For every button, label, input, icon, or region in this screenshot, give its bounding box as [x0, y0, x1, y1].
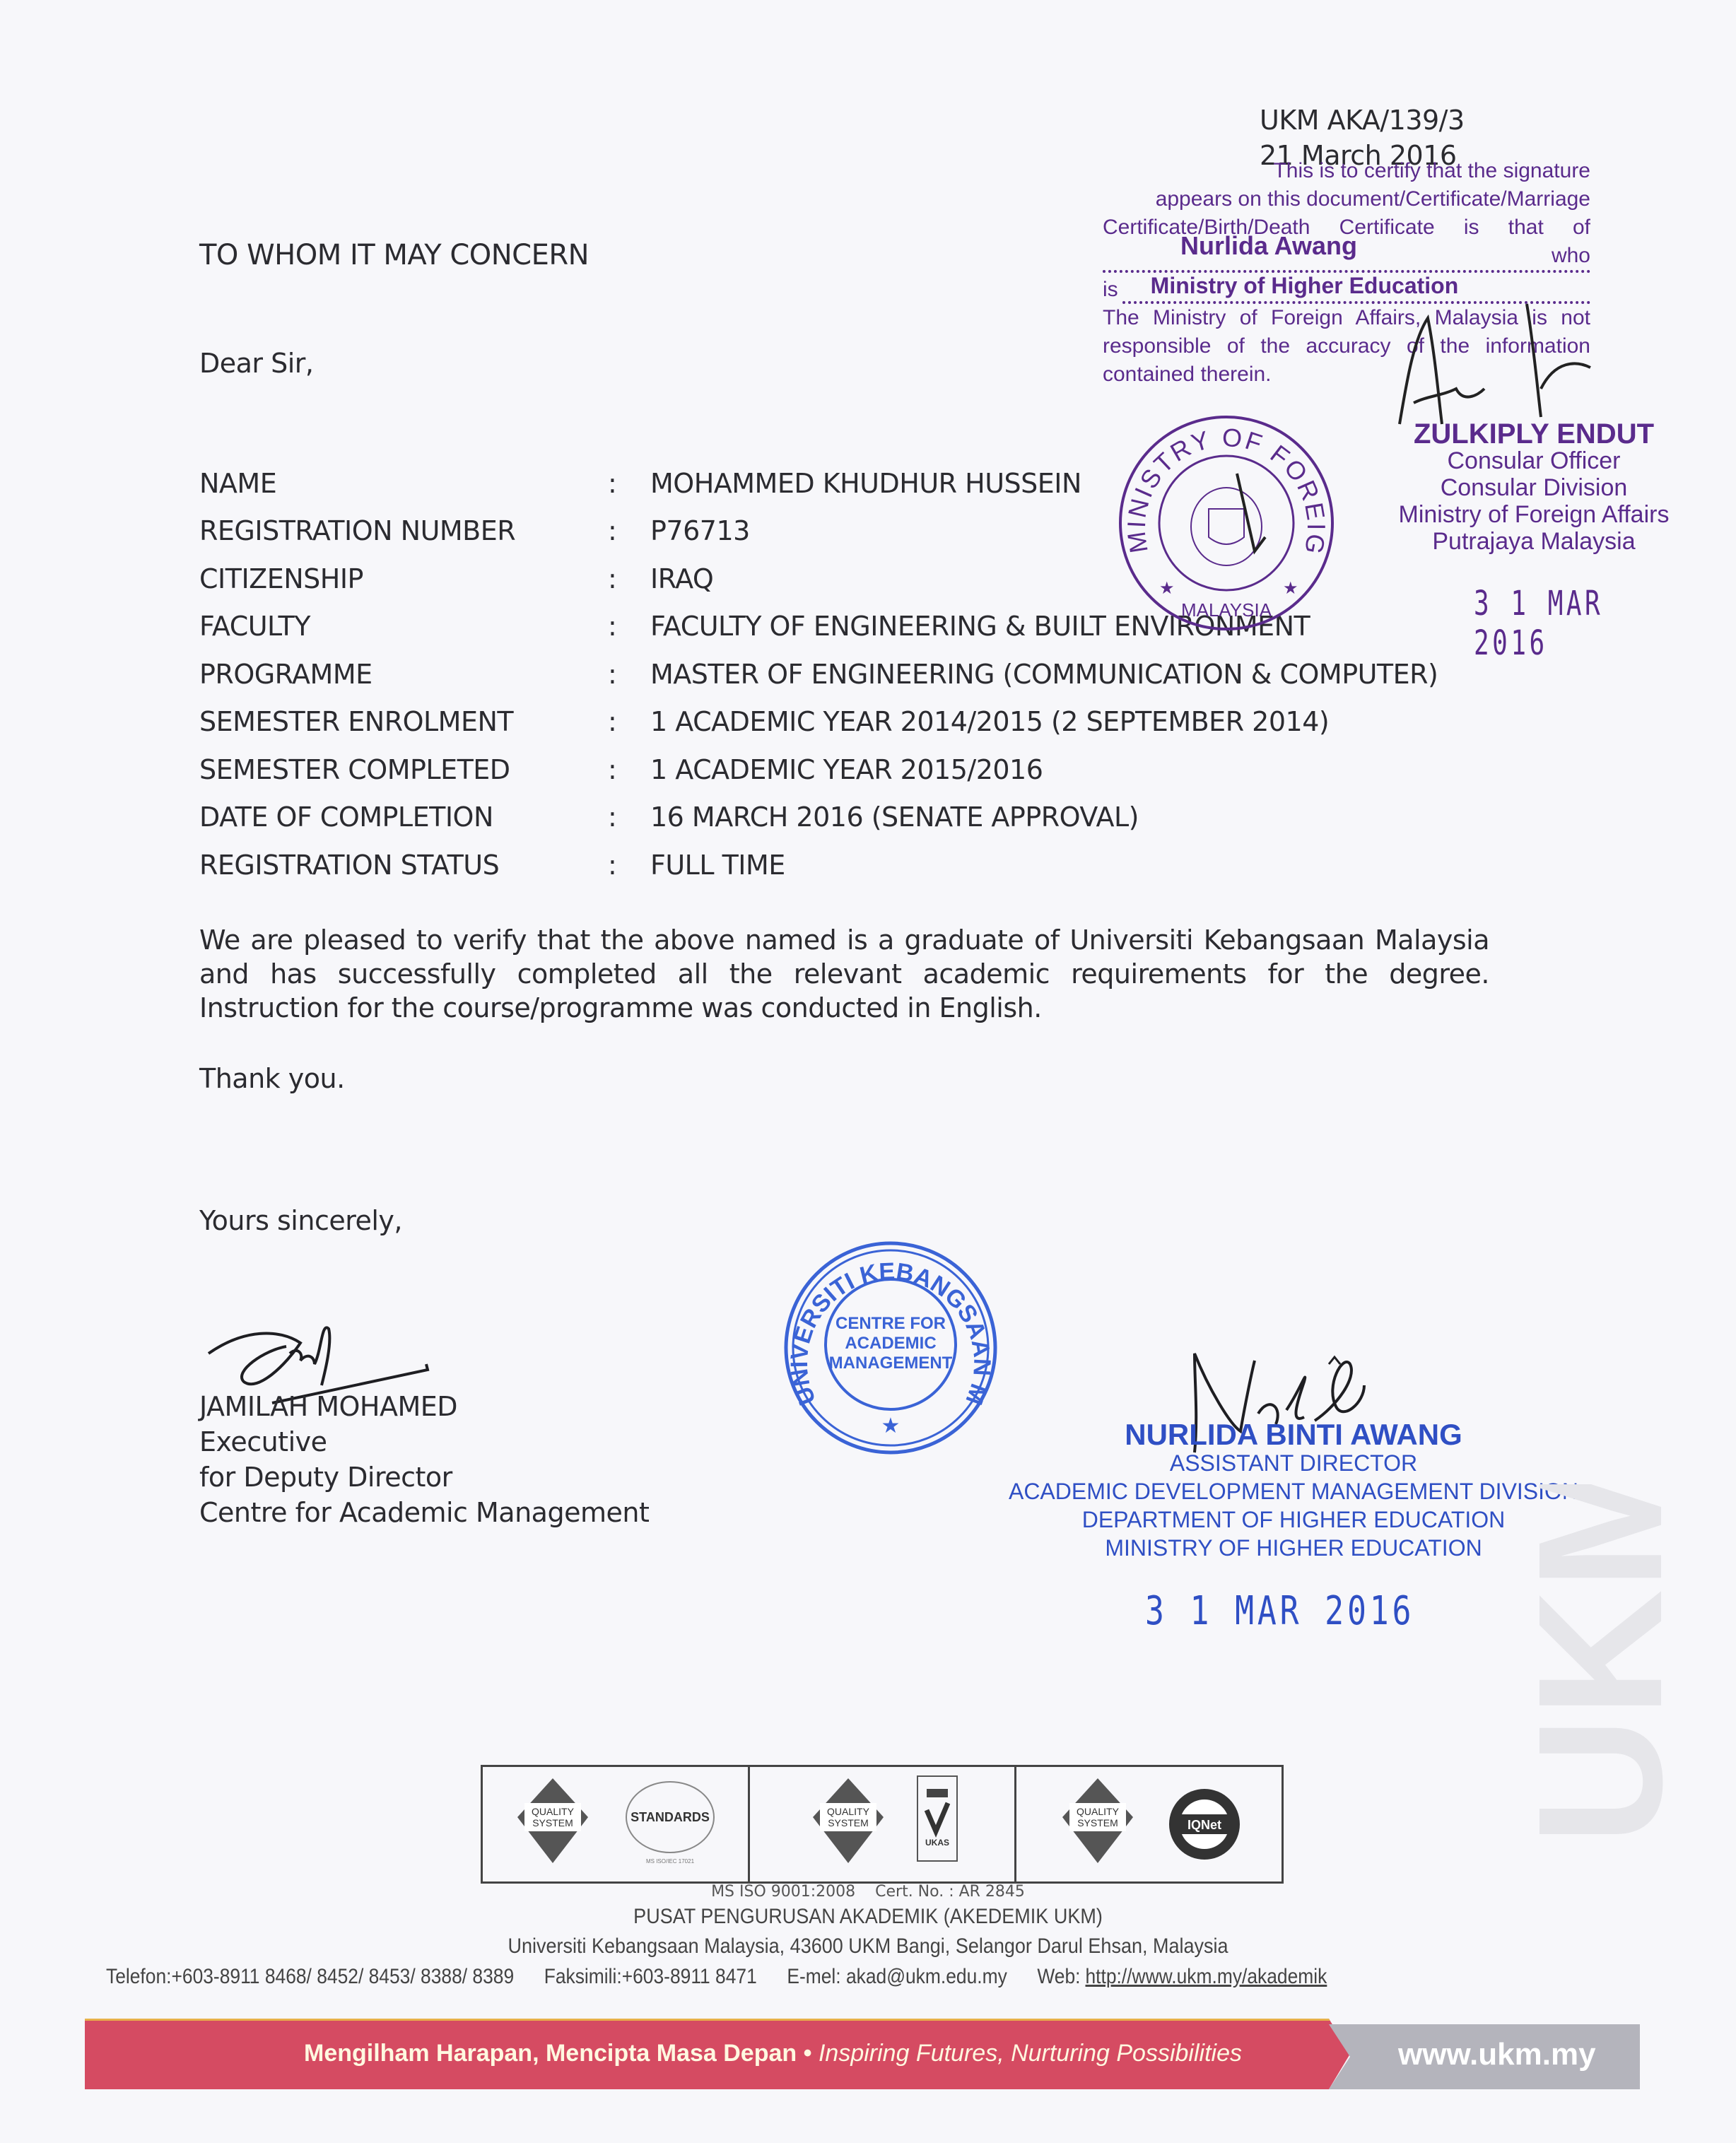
detail-value: 16 MARCH 2016 (SENATE APPROVAL) — [650, 802, 1139, 833]
svg-text:ACADEMIC: ACADEMIC — [845, 1334, 936, 1353]
quality-system-icon: QUALITYSYSTEM — [806, 1775, 891, 1874]
detail-label: CITIZENSHIP — [199, 563, 608, 594]
detail-label: NAME — [199, 468, 608, 499]
detail-colon: : — [608, 706, 650, 737]
detail-label: REGISTRATION STATUS — [199, 850, 608, 881]
verification-paragraph: We are pleased to verify that the above … — [199, 923, 1489, 1025]
paragraph-line: and has successfully completed all the r… — [199, 957, 1489, 991]
detail-value: IRAQ — [650, 563, 713, 594]
certified-person-name: Nurlida Awang — [1180, 232, 1357, 260]
stamp-line: This is to certify that the signature — [1103, 157, 1590, 185]
detail-row: SEMESTER ENROLMENT:1 ACADEMIC YEAR 2014/… — [199, 698, 1438, 746]
stamp-line: appears on this document/Certificate/Mar… — [1103, 185, 1590, 213]
logo-group-2: QUALITYSYSTEM UKAS — [750, 1767, 1017, 1881]
svg-text:★: ★ — [1159, 579, 1175, 598]
paragraph-line: We are pleased to verify that the above … — [199, 923, 1489, 957]
signatory-title: Executive — [199, 1424, 649, 1460]
detail-row: DATE OF COMPLETION:16 MARCH 2016 (SENATE… — [199, 794, 1438, 842]
stamp-who: who — [1552, 242, 1590, 270]
svg-text:QUALITY: QUALITY — [532, 1806, 575, 1817]
svg-text:MINISTRY OF FOREIGN AFFAIRS: MINISTRY OF FOREIGN AFFAIRS — [1113, 410, 1331, 558]
detail-label: PROGRAMME — [199, 659, 608, 690]
slogan-malay: Mengilham Harapan, Mencipta Masa Depan — [304, 2040, 797, 2067]
detail-colon: : — [608, 611, 650, 642]
director-title: ASSISTANT DIRECTOR — [997, 1449, 1590, 1477]
detail-colon: : — [608, 850, 650, 881]
detail-colon: : — [608, 802, 650, 833]
detail-row: REGISTRATION STATUS:FULL TIME — [199, 841, 1438, 889]
detail-value: FULL TIME — [650, 850, 785, 881]
detail-label: FACULTY — [199, 611, 608, 642]
detail-value: 1 ACADEMIC YEAR 2015/2016 — [650, 754, 1043, 785]
consular-date-stamp: 3 1 MAR 2016 — [1474, 584, 1670, 663]
officer-title: Consular Officer — [1378, 447, 1689, 474]
consular-officer-stamp: ZULKIPLY ENDUT Consular Officer Consular… — [1378, 421, 1689, 555]
signatory-dept: Centre for Academic Management — [199, 1495, 649, 1530]
detail-label: SEMESTER ENROLMENT — [199, 706, 608, 737]
detail-colon: : — [608, 515, 650, 546]
officer-ministry: Ministry of Foreign Affairs — [1378, 501, 1689, 528]
iso-certification: MS ISO 9001:2008 Cert. No. : AR 2845 — [0, 1883, 1736, 1901]
ukm-banner: Mengilham Harapan, Mencipta Masa Depan •… — [85, 2019, 1640, 2094]
signatory-name: JAMILAH MOHAMED — [199, 1389, 649, 1424]
reference-number: UKM AKA/139/3 — [1260, 102, 1465, 138]
detail-value: 1 ACADEMIC YEAR 2014/2015 (2 SEPTEMBER 2… — [650, 706, 1329, 737]
iqnet-icon: IQNet — [1166, 1782, 1243, 1867]
footer-phone: Telefon:+603-8911 8468/ 8452/ 8453/ 8388… — [106, 1965, 514, 1988]
certified-org: Ministry of Higher Education — [1151, 271, 1459, 300]
footer-address: Universiti Kebangsaan Malaysia, 43600 UK… — [87, 1934, 1649, 1959]
detail-colon: : — [608, 754, 650, 785]
svg-text:MANAGEMENT: MANAGEMENT — [829, 1354, 953, 1373]
svg-text:SYSTEM: SYSTEM — [828, 1817, 869, 1828]
svg-text:SYSTEM: SYSTEM — [533, 1817, 574, 1828]
footer-contacts: Telefon:+603-8911 8468/ 8452/ 8453/ 8388… — [106, 1965, 1327, 1989]
detail-label: REGISTRATION NUMBER — [199, 515, 608, 546]
ukm-seal-icon: UNIVERSITI KEBANGSAAN MALAYSIA CENTRE FO… — [774, 1238, 1007, 1457]
detail-colon: : — [608, 659, 650, 690]
footer-web-link[interactable]: http://www.ukm.my/akademik — [1086, 1965, 1327, 1988]
footer-web-label: Web: — [1037, 1965, 1080, 1988]
salutation: Dear Sir, — [199, 348, 314, 379]
svg-text:CENTRE FOR: CENTRE FOR — [835, 1314, 946, 1333]
detail-row: SEMESTER COMPLETED:1 ACADEMIC YEAR 2015/… — [199, 746, 1438, 794]
svg-text:MALAYSIA: MALAYSIA — [1181, 599, 1272, 621]
officer-division: Consular Division — [1378, 474, 1689, 501]
svg-text:UKM: UKM — [1501, 1484, 1668, 1845]
signature-consul-icon — [1385, 297, 1597, 438]
logo-group-1: QUALITYSYSTEM STANDARDSMS ISO/IEC 17021 — [483, 1767, 750, 1881]
detail-label: DATE OF COMPLETION — [199, 802, 608, 833]
letter-heading: TO WHOM IT MAY CONCERN — [199, 239, 589, 271]
banner-url[interactable]: www.ukm.my — [1398, 2037, 1596, 2072]
svg-text:SYSTEM: SYSTEM — [1077, 1817, 1118, 1828]
svg-text:★: ★ — [1283, 579, 1298, 598]
ukas-icon: UKAS — [916, 1775, 958, 1874]
officer-location: Putrajaya Malaysia — [1378, 528, 1689, 555]
svg-text:★: ★ — [881, 1414, 901, 1438]
svg-text:UKAS: UKAS — [925, 1838, 949, 1848]
detail-value: MASTER OF ENGINEERING (COMMUNICATION & C… — [650, 659, 1438, 690]
detail-row: PROGRAMME:MASTER OF ENGINEERING (COMMUNI… — [199, 650, 1438, 698]
signatory-for: for Deputy Director — [199, 1460, 649, 1495]
svg-text:IQNet: IQNet — [1187, 1818, 1221, 1832]
detail-value: P76713 — [650, 515, 750, 546]
signatory-block: JAMILAH MOHAMED Executive for Deputy Dir… — [199, 1389, 649, 1530]
detail-colon: : — [608, 468, 650, 499]
detail-value: MOHAMMED KHUDHUR HUSSEIN — [650, 468, 1081, 499]
thanks-text: Thank you. — [199, 1063, 345, 1094]
mofa-seal-icon: MINISTRY OF FOREIGN AFFAIRS MALAYSIA ★★ — [1113, 410, 1339, 636]
svg-text:STANDARDS: STANDARDS — [631, 1810, 710, 1824]
footer-fax: Faksimili:+603-8911 8471 — [544, 1965, 757, 1988]
detail-colon: : — [608, 563, 650, 594]
svg-text:QUALITY: QUALITY — [827, 1806, 870, 1817]
slogan-english: Inspiring Futures, Nurturing Possibiliti… — [819, 2040, 1242, 2067]
slogan-bullet: • — [797, 2040, 819, 2067]
director-date-stamp: 3 1 MAR 2016 — [1145, 1588, 1414, 1634]
paragraph-line: Instruction for the course/programme was… — [199, 991, 1489, 1025]
footer-email[interactable]: E-mel: akad@ukm.edu.my — [787, 1965, 1007, 1988]
logo-group-3: QUALITYSYSTEM IQNet — [1016, 1767, 1282, 1881]
officer-name: ZULKIPLY ENDUT — [1378, 421, 1689, 447]
banner-slogan: Mengilham Harapan, Mencipta Masa Depan •… — [304, 2040, 1242, 2067]
svg-text:QUALITY: QUALITY — [1077, 1806, 1120, 1817]
footer-org: PUSAT PENGURUSAN AKADEMIK (AKEDEMIK UKM) — [87, 1905, 1649, 1929]
closing: Yours sincerely, — [199, 1205, 402, 1236]
quality-system-icon: QUALITYSYSTEM — [1055, 1775, 1140, 1874]
director-name: NURLIDA BINTI AWANG — [997, 1421, 1590, 1449]
certification-logos: QUALITYSYSTEM STANDARDSMS ISO/IEC 17021 … — [481, 1765, 1284, 1884]
detail-label: SEMESTER COMPLETED — [199, 754, 608, 785]
quality-system-icon: QUALITYSYSTEM — [510, 1775, 595, 1874]
svg-text:MS ISO/IEC 17021: MS ISO/IEC 17021 — [646, 1858, 695, 1865]
stamp-is: is — [1103, 276, 1118, 304]
ukm-watermark: UKM — [1499, 1484, 1668, 1852]
standards-malaysia-icon: STANDARDSMS ISO/IEC 17021 — [621, 1775, 720, 1874]
